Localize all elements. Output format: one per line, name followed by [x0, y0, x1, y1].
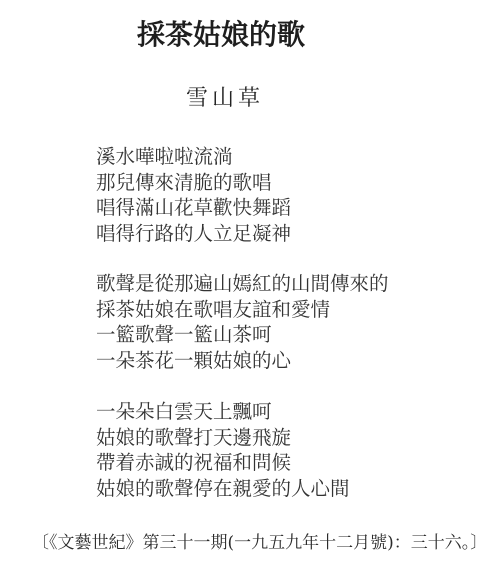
- poem-title: 採茶姑娘的歌: [137, 18, 317, 52]
- poem-line: 一籃歌聲一籃山茶呵: [96, 322, 389, 348]
- poem-line: 帶着赤誠的祝福和問候: [96, 450, 350, 476]
- poem-line: 那兒傳來清脆的歌唱: [96, 170, 291, 196]
- poem-line: 歌聲是從那遍山嫣紅的山間傳來的: [96, 271, 389, 297]
- stanza-3: 一朵朵白雲天上飄呵 姑娘的歌聲打天邊飛旋 帶着赤誠的祝福和問候 姑娘的歌聲停在親…: [96, 399, 350, 501]
- poem-line: 溪水嘩啦啦流淌: [96, 144, 291, 170]
- poem-line: 一朵茶花一顆姑娘的心: [96, 348, 389, 374]
- source-citation: 〔《文藝世紀》第三十一期(一九五九年十二月號)：三十六。〕: [32, 532, 487, 554]
- poem-line: 姑娘的歌聲停在親愛的人心間: [96, 476, 350, 502]
- poem-line: 一朵朵白雲天上飄呵: [96, 399, 350, 425]
- stanza-2: 歌聲是從那遍山嫣紅的山間傳來的 採茶姑娘在歌唱友誼和愛情 一籃歌聲一籃山茶呵 一…: [96, 271, 389, 373]
- poem-author: 雪山草: [186, 86, 264, 112]
- poem-line: 唱得滿山花草歡快舞蹈: [96, 195, 291, 221]
- stanza-1: 溪水嘩啦啦流淌 那兒傳來清脆的歌唱 唱得滿山花草歡快舞蹈 唱得行路的人立足凝神: [96, 144, 291, 246]
- poem-line: 唱得行路的人立足凝神: [96, 221, 291, 247]
- poem-line: 姑娘的歌聲打天邊飛旋: [96, 425, 350, 451]
- poem-line: 採茶姑娘在歌唱友誼和愛情: [96, 297, 389, 323]
